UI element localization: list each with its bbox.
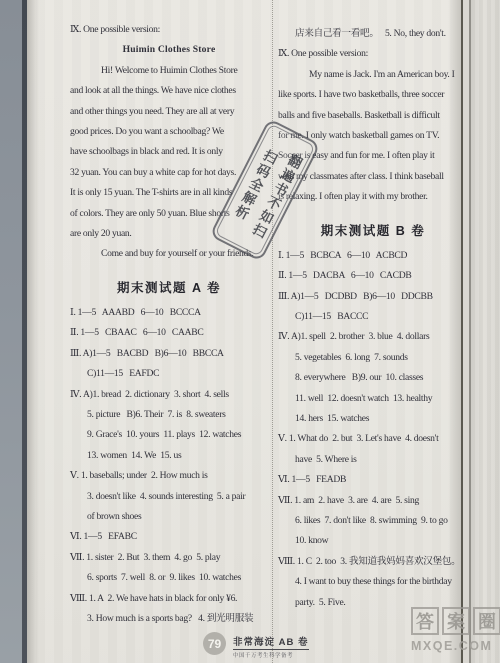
watermark-character: 案 [442, 607, 470, 635]
column-divider-dotted-line [272, 0, 273, 663]
text-line: Ⅲ. A)1—5 BACBD B)6—10 BBCCA [70, 344, 268, 364]
text-line: Ⅵ. 1—5 FEADB [278, 470, 468, 490]
text-line: 期末测试题 A 卷 [70, 278, 268, 298]
page-left-edge-gradient [27, 0, 39, 663]
watermark-site-url: MXQE.COM [411, 639, 500, 653]
text-line: Ⅷ. 1. C 2. too 3. 我知道我妈妈喜欢汉堡包。 [278, 552, 468, 572]
text-line: 6. sports 7. well 8. or 9. likes 10. wat… [70, 568, 268, 588]
text-line: Ⅶ. 1. sister 2. But 3. them 4. go 5. pla… [70, 548, 268, 568]
text-line: 3. How much is a sports bag? 4. 到光明服装 [70, 609, 268, 629]
text-line: Ⅵ. 1—5 EFABC [70, 527, 268, 547]
text-line: Ⅷ. 1. A 2. We have hats in black for onl… [70, 589, 268, 609]
text-line: Ⅴ. 1. baseballs; under 2. How much is [70, 466, 268, 486]
watermark-brand-characters: 答案圈 [411, 607, 500, 635]
text-line: 8. everywhere B)9. our 10. classes [278, 368, 468, 388]
brand-title: 非常海淀 AB 卷 [233, 634, 309, 650]
text-line: 3. doesn't like 4. sounds interesting 5.… [70, 487, 268, 507]
text-line: My name is Jack. I'm an American boy. I [278, 65, 468, 85]
text-line: of brown shoes [70, 507, 268, 527]
text-line: 14. hers 15. watches [278, 409, 468, 429]
scanner-background-strip [0, 0, 22, 663]
page-number-badge: 79 [203, 632, 226, 655]
text-line: Ⅱ. 1—5 DACBA 6—10 CACDB [278, 266, 468, 286]
text-line: 5. picture B)6. Their 7. is 8. sweaters [70, 405, 268, 425]
text-line: C)11—15 BACCC [278, 307, 468, 327]
text-line: Ⅴ. 1. What do 2. but 3. Let's have 4. do… [278, 429, 468, 449]
text-line: like sports. I have two basketballs, thr… [278, 85, 468, 105]
text-line: Hi! Welcome to Huimin Clothes Store [70, 61, 268, 81]
text-line: 13. women 14. We 15. us [70, 446, 268, 466]
watermark-character: 圈 [473, 607, 500, 635]
text-line: 10. know [278, 531, 468, 551]
text-line: Ⅰ. 1—5 BCBCA 6—10 ACBCD [278, 246, 468, 266]
text-line: Ⅸ. One possible version: [70, 20, 268, 40]
text-line: 6. likes 7. don't like 8. swimming 9. to… [278, 511, 468, 531]
text-line: balls and five baseballs. Basketball is … [278, 106, 468, 126]
watermark-character: 答 [411, 607, 439, 635]
text-line: 4. I want to buy these things for the bi… [278, 572, 468, 592]
text-line: Ⅸ. One possible version: [278, 44, 468, 64]
text-line: and other things you need. They are all … [70, 102, 268, 122]
publisher-brand-block: 非常海淀 AB 卷 中国千万考生科学备考 [233, 634, 309, 659]
right-text-column: 店来自己看一看吧。 5. No, they don't.Ⅸ. One possi… [278, 24, 468, 613]
text-line: is relaxing. I often play it with my bro… [278, 187, 468, 207]
scanned-answer-page: Ⅸ. One possible version:Huimin Clothes S… [0, 0, 500, 663]
text-line: and look at all the things. We have nice… [70, 81, 268, 101]
text-line: Ⅲ. A)1—5 DCDBD B)6—10 DDCBB [278, 287, 468, 307]
text-line: Huimin Clothes Store [70, 40, 268, 60]
text-line: Ⅰ. 1—5 AAABD 6—10 BCCCA [70, 303, 268, 323]
text-line: C)11—15 EAFDC [70, 364, 268, 384]
brand-tagline: 中国千万考生科学备考 [233, 651, 309, 659]
text-line: 11. well 12. doesn't watch 13. healthy [278, 389, 468, 409]
text-line: have 5. Where is [278, 450, 468, 470]
text-line: 5. vegetables 6. long 7. sounds [278, 348, 468, 368]
text-line: Ⅶ. 1. am 2. have 3. are 4. are 5. sing [278, 491, 468, 511]
text-line: Ⅳ. A)1. spell 2. brother 3. blue 4. doll… [278, 327, 468, 347]
text-line: 9. Grace's 10. yours 11. plays 12. watch… [70, 425, 268, 445]
text-line: 店来自己看一看吧。 5. No, they don't. [278, 24, 468, 44]
text-line: have schoolbags in black and red. It is … [70, 142, 268, 162]
next-page-edge [471, 0, 500, 663]
text-line: good prices. Do you want a schoolbag? We [70, 122, 268, 142]
text-line: Ⅳ. A)1. bread 2. dictionary 3. short 4. … [70, 385, 268, 405]
answer-site-watermark: 答案圈 MXQE.COM [411, 607, 500, 653]
left-text-column: Ⅸ. One possible version:Huimin Clothes S… [70, 20, 268, 629]
text-line: Ⅱ. 1—5 CBAAC 6—10 CAABC [70, 323, 268, 343]
text-line: 期末测试题 B 卷 [278, 221, 468, 241]
